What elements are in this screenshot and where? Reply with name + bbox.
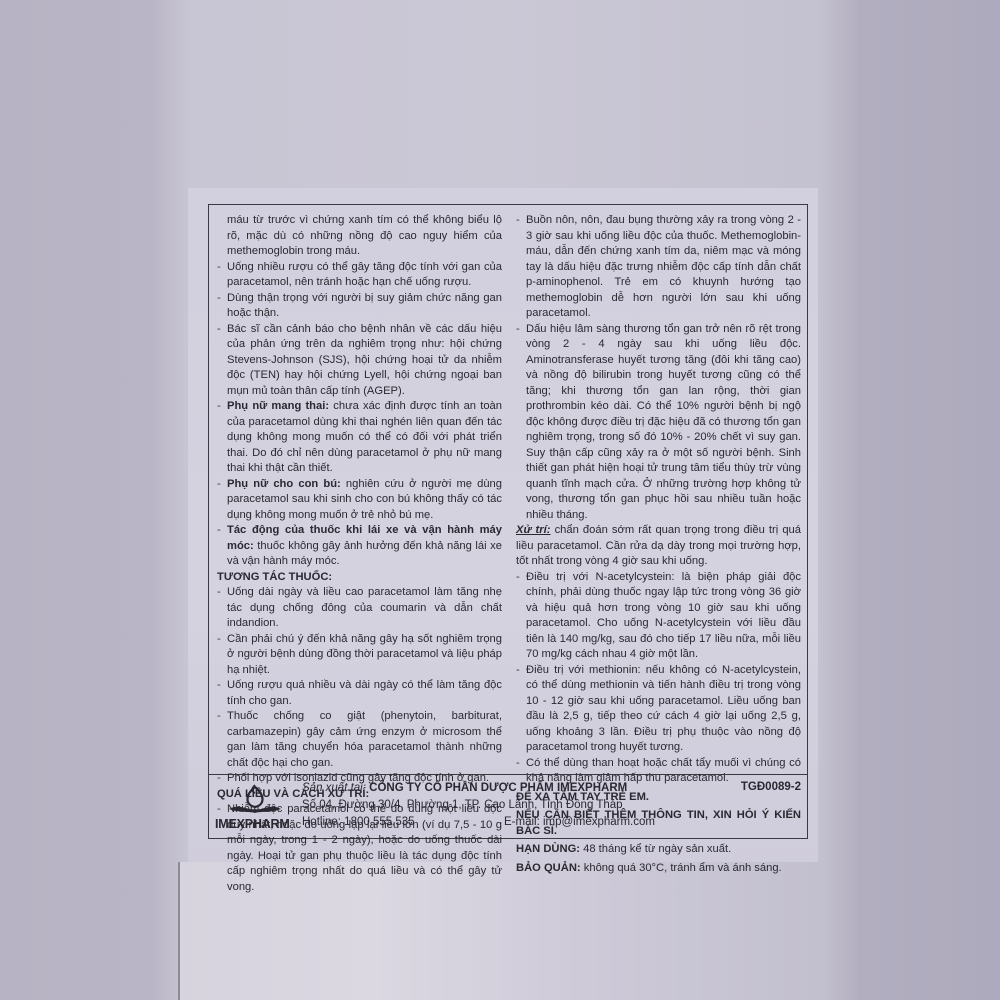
text-columns: máu từ trước vì chứng xanh tím có thể kh… <box>209 205 807 775</box>
email-line: E-mail: imp@imexpharm.com <box>504 816 655 828</box>
interactions-heading: TƯƠNG TÁC THUỐC: <box>217 570 502 586</box>
symptom-item: Dấu hiệu lâm sàng thương tổn gan trở nên… <box>516 322 801 524</box>
manufacturer-footer: IMEXPHARM Sản xuất tại: CÔNG TY CỔ PHẦN … <box>209 774 807 838</box>
expiry-label: HẠN DÙNG: <box>516 843 580 855</box>
expiry-line: HẠN DÙNG: 48 tháng kể từ ngày sản xuất. <box>516 842 801 858</box>
driving-item: Tác động của thuốc khi lái xe và vận hàn… <box>217 523 502 570</box>
document-code: TGĐ0089-2 <box>741 781 801 793</box>
storage-line: BẢO QUẢN: không quá 30°C, tránh ẩm và án… <box>516 861 801 877</box>
treatment-item: Điều trị với methionin: nếu không có N-a… <box>516 663 801 756</box>
logo-text: IMEXPHARM <box>215 817 290 831</box>
interaction-item: Cần phải chú ý đến khả năng gây hạ sốt n… <box>217 632 502 679</box>
treatment-label: Xử trí: <box>516 524 550 536</box>
breastfeeding-label: Phụ nữ cho con bú: <box>227 478 341 490</box>
hotline-line: Hotline: 1800.555.535 <box>302 816 415 828</box>
symptom-item: Buồn nôn, nôn, đau bụng thường xảy ra tr… <box>516 213 801 322</box>
storage-text: không quá 30°C, tránh ẩm và ánh sáng. <box>581 862 782 874</box>
intro-continuation: máu từ trước vì chứng xanh tím có thể kh… <box>217 213 502 260</box>
warning-item: Bác sĩ cần cảnh báo cho bệnh nhân về các… <box>217 322 502 400</box>
imexpharm-logo: IMEXPHARM <box>215 783 295 835</box>
pregnancy-label: Phụ nữ mang thai: <box>227 400 329 412</box>
interaction-item: Uống rượu quá nhiều và dài ngày có thể l… <box>217 678 502 709</box>
warning-item: Uống nhiều rượu có thể gây tăng độc tính… <box>217 260 502 291</box>
interaction-item: Thuốc chống co giật (phenytoin, barbitur… <box>217 709 502 771</box>
warning-item: Dùng thận trọng với người bị suy giảm ch… <box>217 291 502 322</box>
company-name: CÔNG TY CỔ PHẦN DƯỢC PHẨM IMEXPHARM <box>366 782 627 794</box>
pregnancy-item: Phụ nữ mang thai: chưa xác định được tín… <box>217 399 502 477</box>
treatment-item: Điều trị với N-acetylcystein: là biện ph… <box>516 570 801 663</box>
treatment-text: chẩn đoán sớm rất quan trọng trong điều … <box>516 524 801 567</box>
right-column: Buồn nôn, nôn, đau bụng thường xảy ra tr… <box>508 205 807 775</box>
expiry-text: 48 tháng kể từ ngày sản xuất. <box>580 843 731 855</box>
imexpharm-logo-icon <box>215 783 295 821</box>
interaction-item: Uống dài ngày và liều cao paracetamol là… <box>217 585 502 632</box>
treatment-paragraph: Xử trí: chẩn đoán sớm rất quan trọng tro… <box>516 523 801 570</box>
breastfeeding-item: Phụ nữ cho con bú: nghiên cứu ở người mẹ… <box>217 477 502 524</box>
manufacturer-line: Sản xuất tại: CÔNG TY CỔ PHẦN DƯỢC PHẨM … <box>302 782 627 794</box>
address-line: Số 04, Đường 30/4, Phường 1, TP. Cao Lãn… <box>302 799 623 811</box>
leaflet-frame: máu từ trước vì chứng xanh tím có thể kh… <box>208 204 808 839</box>
left-column: máu từ trước vì chứng xanh tím có thể kh… <box>209 205 508 775</box>
storage-label: BẢO QUẢN: <box>516 862 581 874</box>
manufactured-label: Sản xuất tại: <box>302 782 366 794</box>
driving-text: thuốc không gây ảnh hưởng đến khả năng l… <box>227 540 502 568</box>
